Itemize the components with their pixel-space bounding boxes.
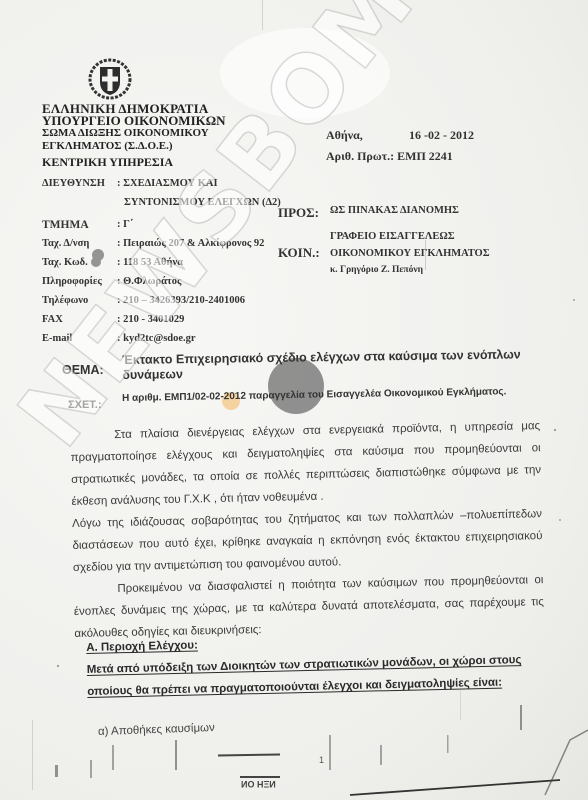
body-paragraph-2: Λόγω της ιδιάζουσας σοβαρότητας του ζητή… xyxy=(72,503,543,579)
list-item-a: α) Αποθήκες καυσίμων xyxy=(98,722,215,738)
cc-line-2: ΟΙΚΟΝΟΜΙΚΟΥ ΕΓΚΛΗΜΑΤΟΣ xyxy=(330,248,490,259)
header-corps: ΣΩΜΑ ΔΙΩΞΗΣ ΟΙΚΟΝΟΜΙΚΟΥ xyxy=(42,127,209,139)
protocol-number: Αριθ. Πρωτ.: ΕΜΠ 2241 xyxy=(326,149,474,164)
info-label: ΤΜΗΜΑ xyxy=(42,219,89,231)
info-label: E-mail xyxy=(42,333,72,344)
info-label: Ταχ. Κωδ. xyxy=(42,257,88,268)
info-label: ΔΙΕΥΘΥΝΣΗ xyxy=(42,178,105,189)
subject-label: ΘΕΜΑ: xyxy=(62,363,104,377)
city: Αθήνα, xyxy=(326,128,406,143)
info-value: : ΣΧΕΔΙΑΣΜΟΥ ΚΑΙ xyxy=(117,178,218,189)
subject-text: Έκτακτο Επιχειρησιακό σχέδιο ελέγχων στα… xyxy=(122,347,552,383)
info-value: : Θ.Φλωράτος xyxy=(117,276,181,287)
date-block: Αθήνα, 16 -02 - 2012 Αριθ. Πρωτ.: ΕΜΠ 22… xyxy=(326,128,474,164)
document-date: 16 -02 - 2012 xyxy=(409,128,474,142)
greek-coat-of-arms-icon xyxy=(88,58,132,100)
info-value: : kyd2tc@sdoe.gr xyxy=(117,333,196,344)
to-label: ΠΡΟΣ: xyxy=(278,205,319,221)
info-value: : 210 - 3401029 xyxy=(117,314,184,325)
letter-body: Στα πλαίσια διενέργειας ελέγχων στα ενερ… xyxy=(70,415,545,645)
info-label: FAX xyxy=(42,314,63,325)
cc-label: ΚΟΙΝ.: xyxy=(278,245,320,261)
section-a-text: Μετά από υπόδειξη των Διοικητών των στρα… xyxy=(86,648,557,703)
scanned-document-page: ΕΛΛΗΝΙΚΗ ΔΗΜΟΚΡΑΤΙΑ ΥΠΟΥΡΓΕΙΟ ΟΙΚΟΝΟΜΙΚΩ… xyxy=(0,0,588,800)
info-label: Τηλέφωνο xyxy=(42,295,88,306)
info-value: : Πειραιώς 207 & Αλκίφρονος 92 xyxy=(117,238,264,249)
info-value: : Γ΄ xyxy=(117,219,133,230)
header-corps-line2: ΕΓΚΛΗΜΑΤΟΣ (Σ.Δ.Ο.Ε.) xyxy=(42,140,173,152)
info-value: : 118 53 Αθήνα xyxy=(117,257,183,268)
underline-mark xyxy=(218,753,280,756)
info-value: : 210 – 3426393/210-2401006 xyxy=(117,295,245,306)
info-label: Ταχ. Δ/νση xyxy=(42,238,89,249)
page-number: 1 xyxy=(319,755,324,765)
cut-off-text: ΝΟ ΗΞΝ xyxy=(241,779,276,789)
info-label: Πληροφορίες xyxy=(42,276,102,287)
scan-light-patch xyxy=(220,28,390,118)
to-value: ΩΣ ΠΙΝΑΚΑΣ ΔΙΑΝΟΜΗΣ xyxy=(330,205,459,216)
section-a: Α. Περιοχή Ελέγχου: Μετά από υπόδειξη τω… xyxy=(86,626,557,703)
cc-line-1: ΓΡΑΦΕΙΟ ΕΙΣΑΓΓΕΛΕΩΣ xyxy=(330,231,455,242)
cc-line-3: κ. Γρηγόριο Ζ. Πεπόνη xyxy=(330,265,423,275)
reference-label: ΣΧΕΤ.: xyxy=(68,399,102,411)
header-central-service: ΚΕΝΤΡΙΚΗ ΥΠΗΡΕΣΙΑ xyxy=(42,155,173,170)
info-value: ΣΥΝΤΟΝΙΣΜΟΥ ΕΛΕΓΧΩΝ (Δ2) xyxy=(124,197,281,208)
body-paragraph-1: Στα πλαίσια διενέργειας ελέγχων στα ενερ… xyxy=(70,415,542,513)
underline-mark xyxy=(240,776,280,778)
